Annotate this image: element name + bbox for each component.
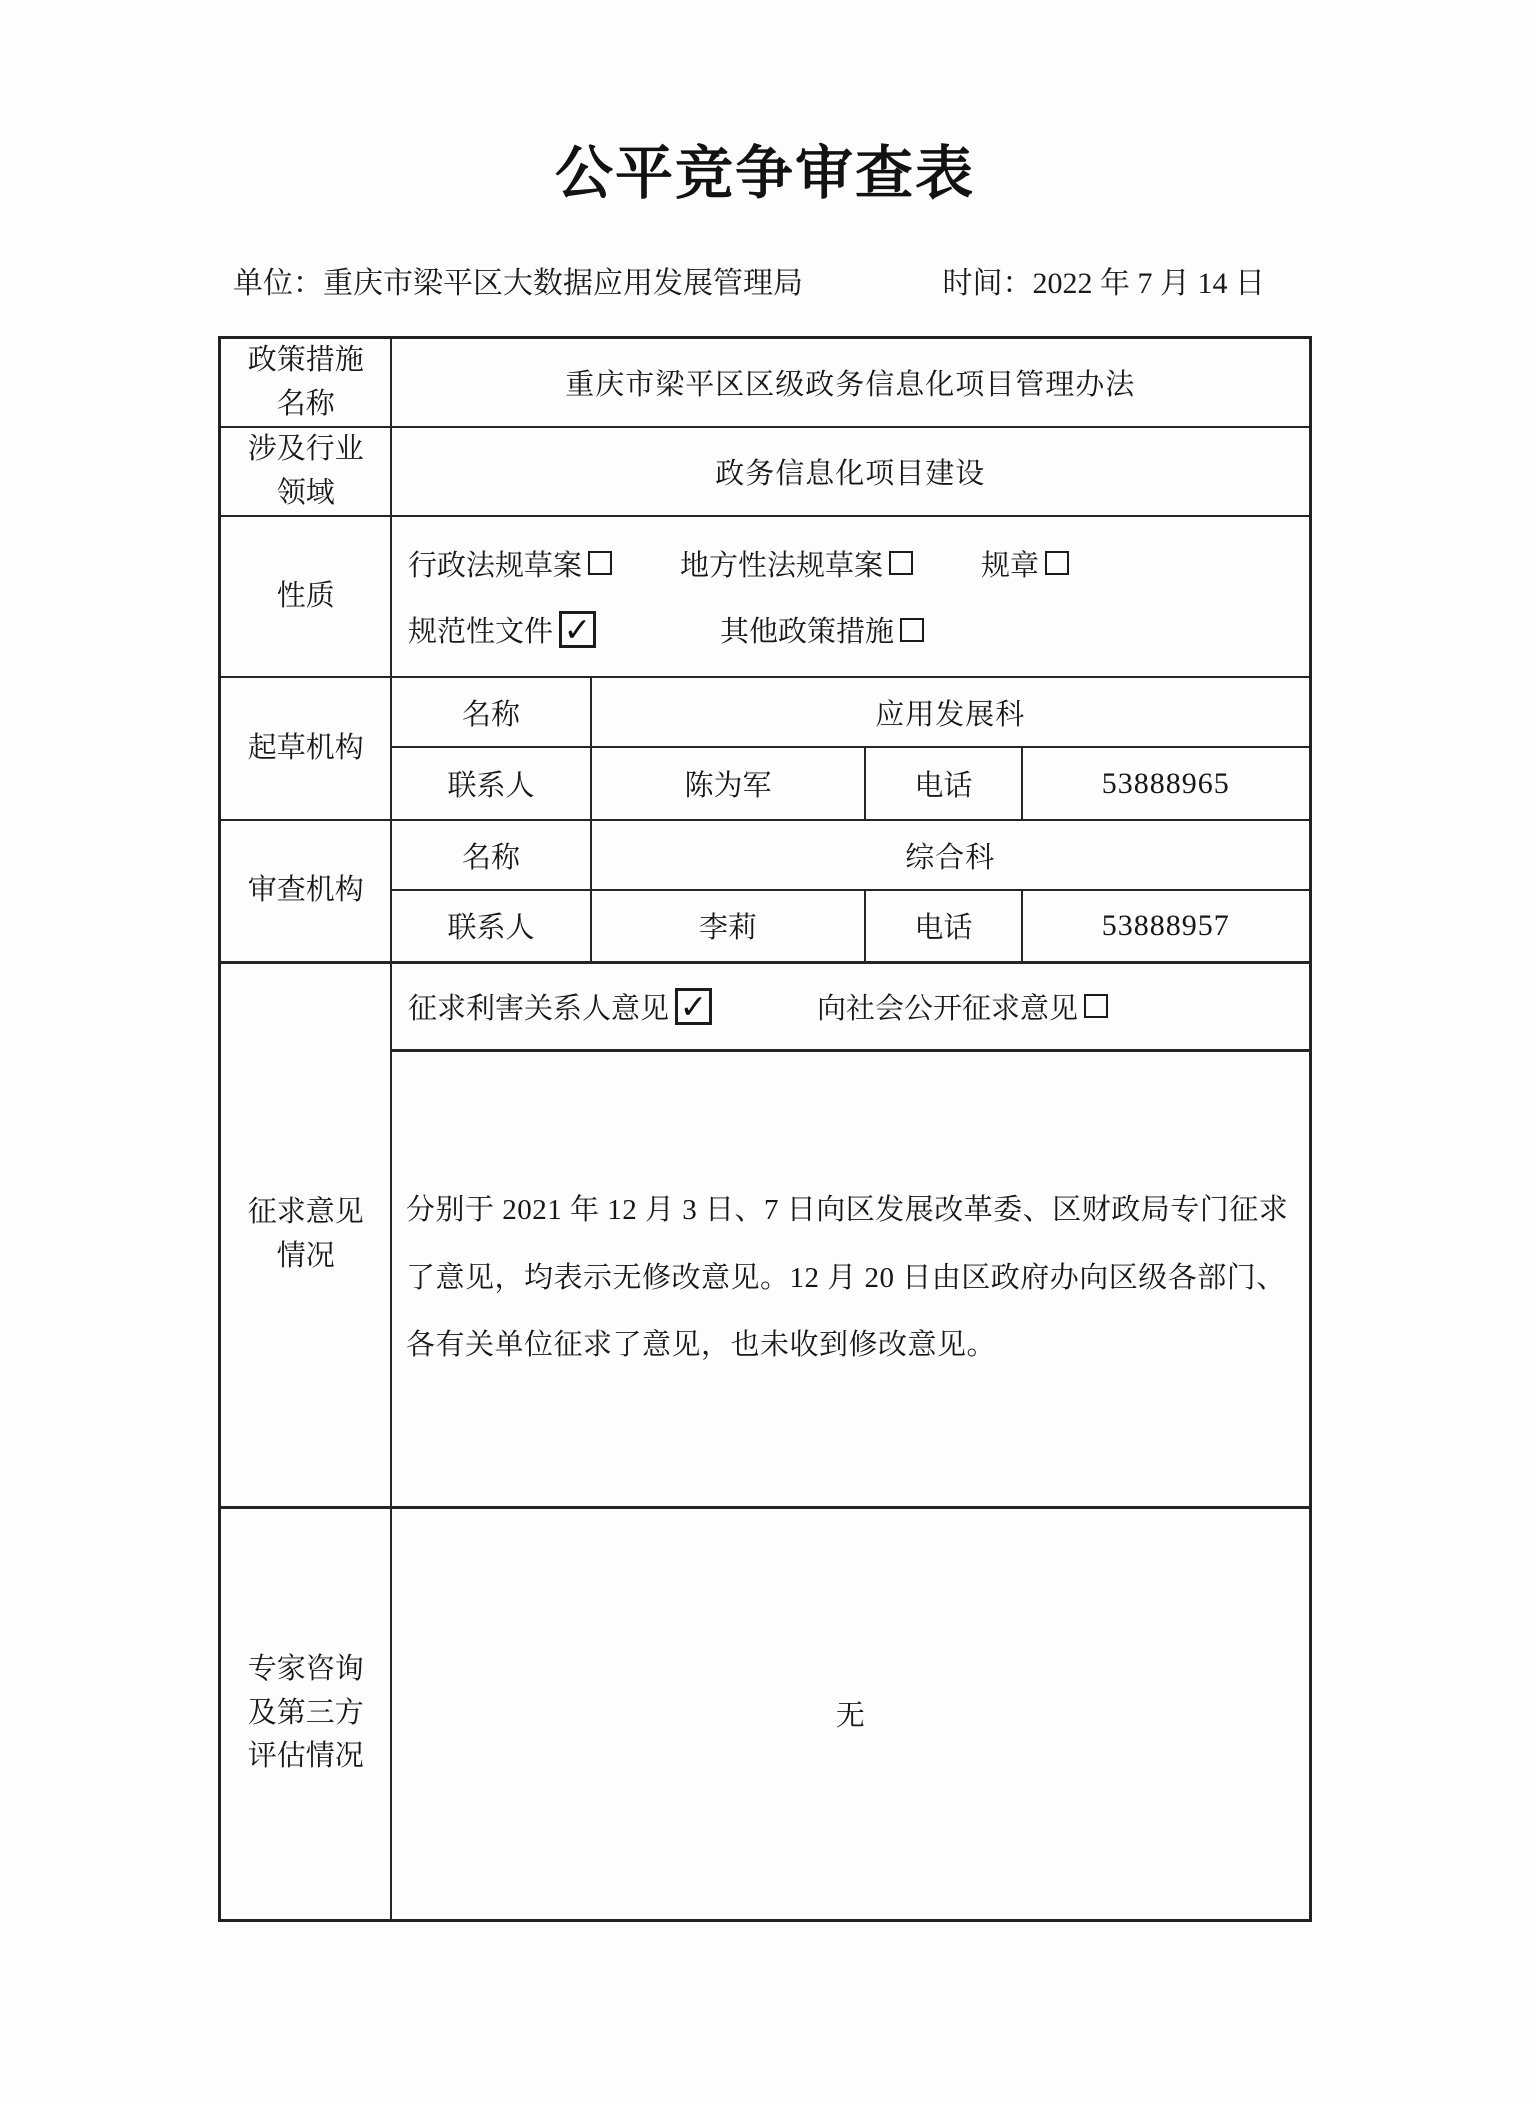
drafting-contact-label: 联系人: [391, 747, 591, 820]
review-name-label: 名称: [391, 820, 591, 890]
unit-label: 单位：重庆市梁平区大数据应用发展管理局: [233, 258, 803, 302]
checkbox-stakeholder-consultation[interactable]: ✓: [675, 988, 712, 1025]
policy-name-label: 政策措施名称: [220, 338, 391, 428]
nature-label: 性质: [220, 516, 391, 677]
review-phone-value: 53888957: [1022, 890, 1310, 962]
review-phone-label: 电话: [865, 890, 1022, 962]
option-label: 规范性文件: [408, 609, 553, 650]
drafting-agency-label: 起草机构: [220, 677, 391, 820]
review-form-table: 政策措施名称 重庆市梁平区区级政务信息化项目管理办法 涉及行业领域 政务信息化项…: [218, 336, 1311, 1922]
review-agency-label: 审查机构: [220, 820, 391, 962]
checkbox-local-regulation-draft[interactable]: [889, 551, 913, 575]
consultation-label: 征求意见情况: [220, 962, 391, 1507]
industry-label: 涉及行业领域: [220, 427, 391, 516]
date-label: 时间：2022 年 7 月 14 日: [943, 258, 1266, 302]
drafting-name-label: 名称: [391, 677, 591, 747]
option-stakeholder-consultation: 征求利害关系人意见 ✓: [408, 986, 712, 1027]
nature-options-cell: 行政法规草案 地方性法规草案 规章: [391, 516, 1310, 677]
checkbox-administrative-regulation-draft[interactable]: [588, 551, 612, 575]
drafting-contact-value: 陈为军: [591, 747, 865, 820]
expert-evaluation-label: 专家咨询及第三方评估情况: [220, 1507, 391, 1920]
nature-options-row-2: 规范性文件 ✓ 其他政策措施: [408, 609, 1309, 650]
nature-options-row-1: 行政法规草案 地方性法规草案 规章: [408, 543, 1309, 584]
industry-value: 政务信息化项目建设: [391, 427, 1310, 516]
page-title: 公平竞争审查表: [0, 126, 1530, 210]
option-label: 其他政策措施: [720, 609, 894, 650]
option-public-consultation: 向社会公开征求意见: [817, 986, 1108, 1027]
policy-name-value: 重庆市梁平区区级政务信息化项目管理办法: [391, 338, 1310, 428]
subtitle-row: 单位：重庆市梁平区大数据应用发展管理局 时间：2022 年 7 月 14 日: [220, 258, 1310, 302]
option-label: 行政法规草案: [408, 543, 582, 584]
option-label: 向社会公开征求意见: [817, 986, 1078, 1027]
option-other-policy-measures: 其他政策措施: [720, 609, 924, 650]
option-normative-document: 规范性文件 ✓: [408, 609, 596, 650]
document-page: 公平竞争审查表 单位：重庆市梁平区大数据应用发展管理局 时间：2022 年 7 …: [0, 0, 1530, 2102]
checkbox-rules[interactable]: [1045, 551, 1069, 575]
checkbox-other-policy-measures[interactable]: [900, 618, 924, 642]
review-name-value: 综合科: [591, 820, 1310, 890]
review-contact-value: 李莉: [591, 890, 865, 962]
review-contact-label: 联系人: [391, 890, 591, 962]
checkbox-normative-document[interactable]: ✓: [559, 611, 596, 648]
option-label: 规章: [981, 543, 1039, 584]
consultation-detail-text: 分别于 2021 年 12 月 3 日、7 日向区发展改革委、区财政局专门征求了…: [391, 1050, 1310, 1507]
option-label: 征求利害关系人意见: [408, 986, 669, 1027]
option-local-regulation-draft: 地方性法规草案: [680, 543, 913, 584]
drafting-phone-value: 53888965: [1022, 747, 1310, 820]
option-administrative-regulation-draft: 行政法规草案: [408, 543, 612, 584]
drafting-name-value: 应用发展科: [591, 677, 1310, 747]
checkbox-public-consultation[interactable]: [1084, 994, 1108, 1018]
option-rules: 规章: [981, 543, 1069, 584]
drafting-phone-label: 电话: [865, 747, 1022, 820]
consultation-options-cell: 征求利害关系人意见 ✓ 向社会公开征求意见: [391, 962, 1310, 1050]
option-label: 地方性法规草案: [680, 543, 883, 584]
expert-evaluation-value: 无: [391, 1507, 1310, 1920]
